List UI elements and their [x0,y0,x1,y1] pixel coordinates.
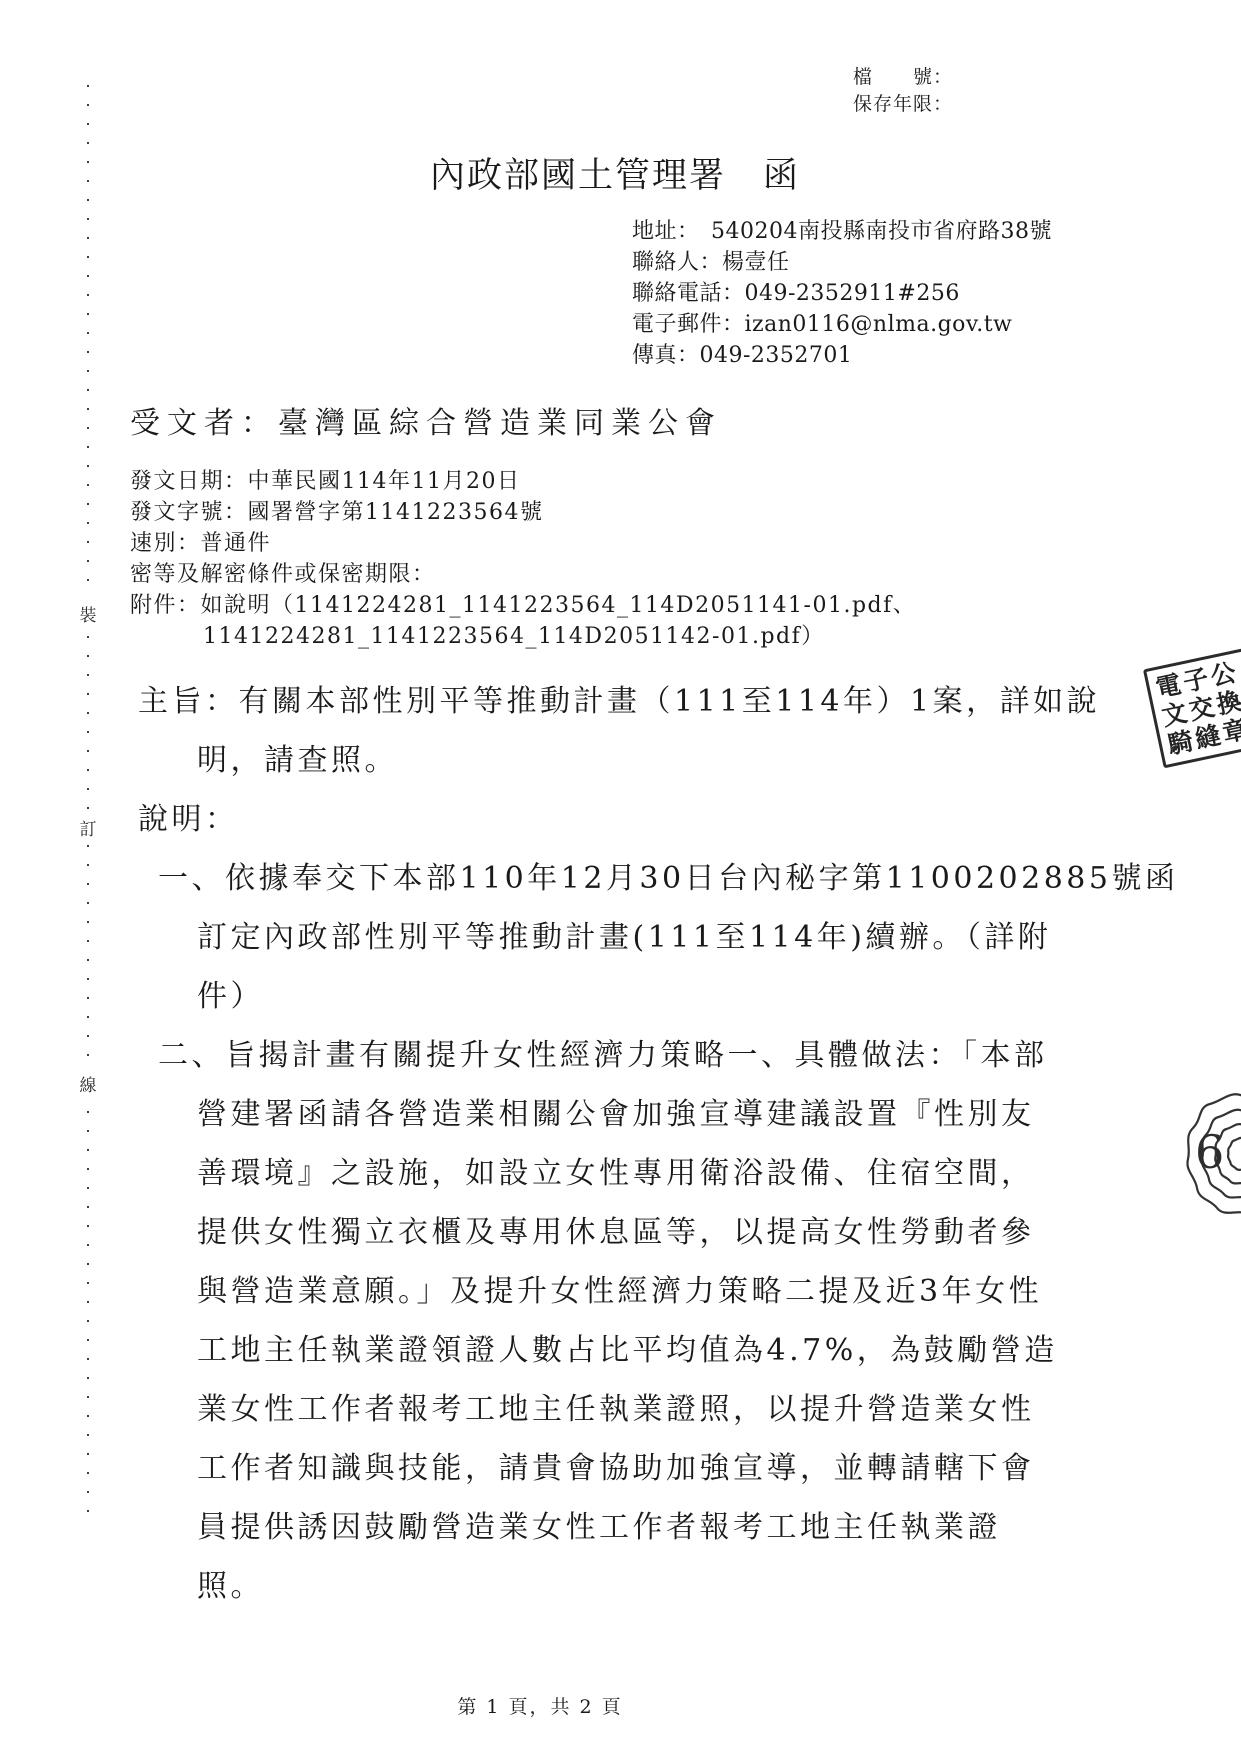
attachment-line-1: 附件：如說明（1141224281_1141223564_114D2051141… [130,590,916,621]
wavy-page-seal-stamp: 6 [1158,1092,1241,1242]
dispatch-number: 發文字號：國署營字第1141223564號 [130,497,916,528]
body-line: 件） [0,967,1241,1026]
dispatch-date: 發文日期：中華民國114年11月20日 [130,466,916,497]
recipient-line: 受文者：臺灣區綜合營造業同業公會 [130,398,722,442]
binding-mark-ding: 訂 [76,810,100,845]
dispatch-meta-block: 發文日期：中華民國114年11月20日 發文字號：國署營字第1141223564… [130,466,916,652]
body-line: 二、旨揭計畫有關提升女性經濟力策略一、具體做法：「本部 [0,1026,1241,1085]
body-line: 業女性工作者報考工地主任執業證照，以提升營造業女性 [0,1380,1241,1439]
contact-address: 地址： 540204南投縣南投市省府路38號 [632,216,1052,247]
attachment-line-2: 1141224281_1141223564_114D2051142-01.pdf… [130,621,916,652]
seal-page-number: 6 [1195,1125,1224,1179]
body-line: 善環境』之設施，如設立女性專用衛浴設備、住宿空間， [0,1144,1241,1203]
body-line: 提供女性獨立衣櫃及專用休息區等，以提高女性勞動者參 [0,1203,1241,1262]
binding-mark-xian: 線 [76,1066,100,1101]
subject-line: 明，請查照。 [0,731,1241,790]
security-classification: 密等及解密條件或保密期限： [130,559,916,590]
contact-fax: 傳真：049-2352701 [632,340,1052,371]
body-line: 工作者知識與技能，請貴會協助加強宣導，並轉請轄下會 [0,1439,1241,1498]
body-line: 與營造業意願。」及提升女性經濟力策略二提及近3年女性 [0,1262,1241,1321]
page-footer: 第 1 頁，共 2 頁 [0,1692,1080,1719]
file-number-label: 檔 號： [853,64,953,91]
contact-phone: 聯絡電話：049-2352911#256 [632,278,1052,309]
retention-period-label: 保存年限： [853,91,953,118]
body-line: 工地主任執業證領證人數占比平均值為4.7%，為鼓勵營造 [0,1321,1241,1380]
contact-email: 電子郵件：izan0116@nlma.gov.tw [632,309,1052,340]
body-line: 營建署函請各營造業相關公會加強宣導建議設置『性別友 [0,1085,1241,1144]
agency-title: 內政部國土管理署 函 [430,148,800,198]
archive-header: 檔 號： 保存年限： [853,64,953,118]
explanation-heading: 說明： [0,790,1241,849]
body-line: 員提供誘因鼓勵營造業女性工作者報考工地主任執業證 [0,1498,1241,1557]
letter-body: 主旨：有關本部性別平等推動計畫（111至114年）1案，詳如說 明，請查照。 說… [0,672,1241,1616]
document-page: 檔 號： 保存年限： 內政部國土管理署 函 地址： 540204南投縣南投市省府… [0,0,1241,1754]
body-line: 訂定內政部性別平等推動計畫(111至114年)續辦。（詳附 [0,908,1241,967]
body-line: 一、依據奉交下本部110年12月30日台內秘字第1100202885號函 [0,849,1241,908]
priority-level: 速別：普通件 [130,528,916,559]
subject-line: 主旨：有關本部性別平等推動計畫（111至114年）1案，詳如說 [0,672,1241,731]
binding-mark-zhuang: 裝 [76,596,100,631]
contact-block: 地址： 540204南投縣南投市省府路38號 聯絡人：楊壹任 聯絡電話：049-… [632,216,1052,371]
body-line: 照。 [0,1557,1241,1616]
contact-person: 聯絡人：楊壹任 [632,247,1052,278]
binding-dotted-line [87,85,89,1525]
